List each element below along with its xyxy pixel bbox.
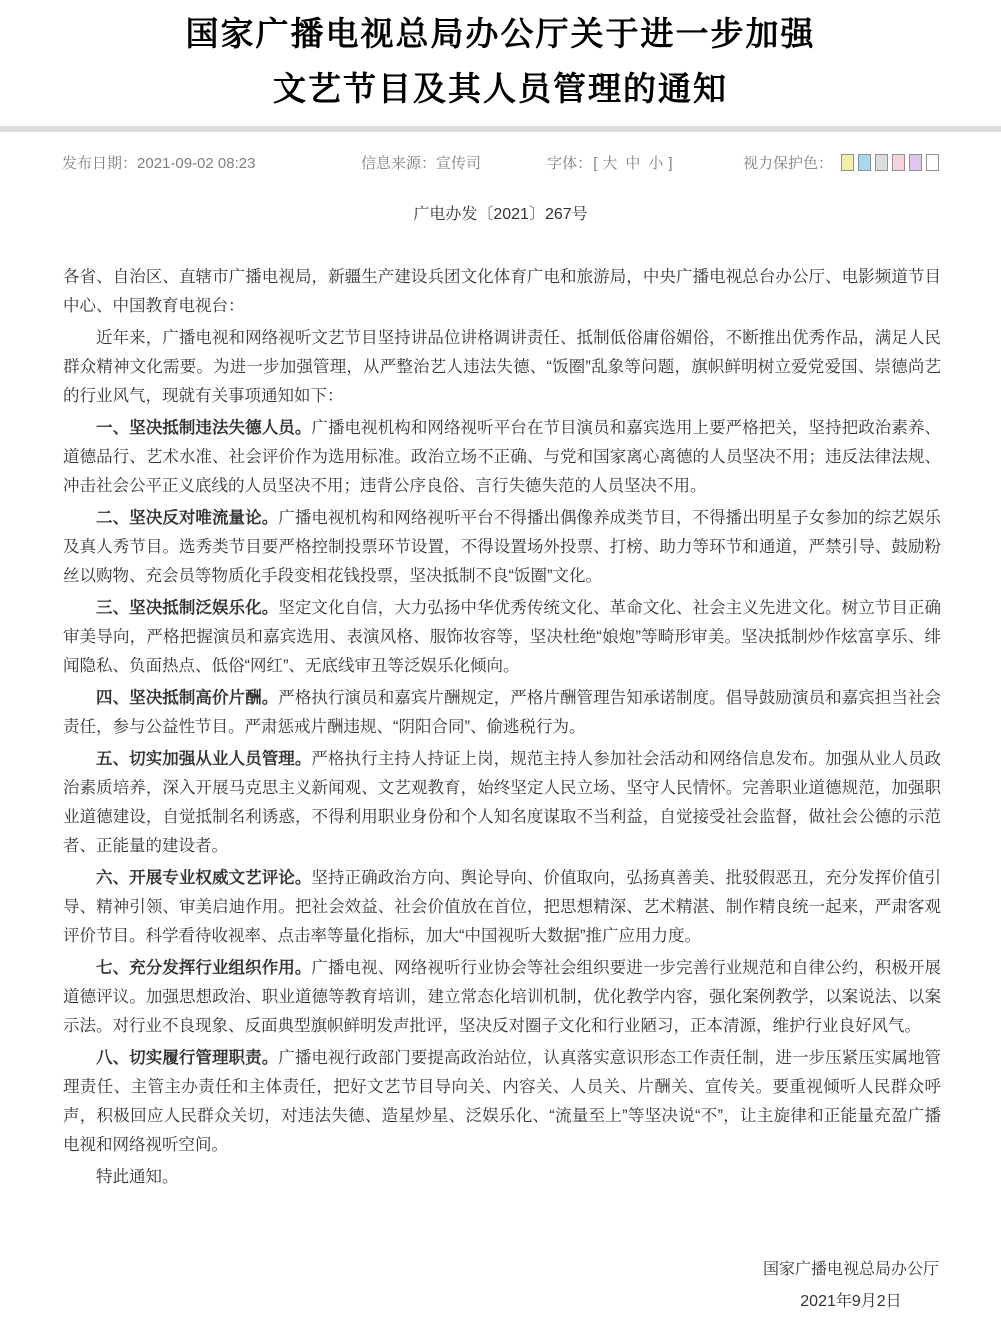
font-size-control: 字体：[大中小] xyxy=(547,152,743,173)
document-body: 各省、自治区、直辖市广播电视局，新疆生产建设兵团文化体育广电和旅游局，中央广播电… xyxy=(63,263,941,1192)
section-heading: 五、切实加强从业人员管理。 xyxy=(96,750,311,768)
publish-date: 发布日期：2021-09-02 08:23 xyxy=(62,152,361,173)
info-source-label: 信息来源： xyxy=(361,155,436,172)
paragraph-8: 六、开展专业权威文艺评论。坚持正确政治方向、舆论导向、价值取向，弘扬真善美、批驳… xyxy=(63,864,941,951)
paragraph-3: 一、坚决抵制违法失德人员。广播电视机构和网络视听平台在节目演员和嘉宾选用上要严格… xyxy=(63,414,941,501)
font-size-links: 大中小 xyxy=(598,155,667,172)
info-source: 信息来源：宣传司 xyxy=(361,152,547,173)
publish-date-label: 发布日期： xyxy=(62,155,137,172)
eye-protection-swatches xyxy=(837,154,939,171)
paragraph-1: 各省、自治区、直辖市广播电视局，新疆生产建设兵团文化体育广电和旅游局，中央广播电… xyxy=(63,263,941,321)
section-heading: 三、坚决抵制泛娱乐化。 xyxy=(96,599,278,617)
title-divider-bar xyxy=(0,126,1001,132)
font-bracket-close: ] xyxy=(668,155,672,172)
section-heading: 七、充分发挥行业组织作用。 xyxy=(96,959,311,977)
eye-protection-swatch-1[interactable] xyxy=(841,154,854,171)
section-heading: 六、开展专业权威文艺评论。 xyxy=(96,869,311,887)
publish-date-value: 2021-09-02 08:23 xyxy=(137,155,255,172)
paragraph-7: 五、切实加强从业人员管理。严格执行主持人持证上岗，规范主持人参加社会活动和网络信… xyxy=(63,745,941,861)
signature-date: 2021年9月2日 xyxy=(763,1286,939,1318)
font-size-label: 字体： xyxy=(547,155,592,172)
page-title-line2: 文艺节目及其人员管理的通知 xyxy=(0,61,1001,116)
document-number: 广电办发〔2021〕267号 xyxy=(0,205,1001,225)
section-heading: 二、坚决反对唯流量论。 xyxy=(96,509,278,527)
paragraph-6: 四、坚决抵制高价片酬。严格执行演员和嘉宾片酬规定，严格片酬管理告知承诺制度。倡导… xyxy=(63,684,941,742)
signature-issuer: 国家广播电视总局办公厅 xyxy=(763,1254,939,1286)
info-source-value: 宣传司 xyxy=(436,155,481,172)
eye-protection-swatch-5[interactable] xyxy=(909,154,922,171)
font-bracket-open: [ xyxy=(593,155,597,172)
paragraph-4: 二、坚决反对唯流量论。广播电视机构和网络视听平台不得播出偶像养成类节目，不得播出… xyxy=(63,504,941,591)
meta-row: 发布日期：2021-09-02 08:23 信息来源：宣传司 字体：[大中小] … xyxy=(62,152,939,173)
page-title-line1: 国家广播电视总局办公厅关于进一步加强 xyxy=(0,6,1001,61)
paragraph-11: 特此通知。 xyxy=(63,1163,941,1192)
eye-protection-swatch-4[interactable] xyxy=(892,154,905,171)
section-heading: 四、坚决抵制高价片酬。 xyxy=(96,689,278,707)
font-size-small[interactable]: 小 xyxy=(648,155,663,172)
eye-protection-control: 视力保护色： xyxy=(743,152,939,173)
eye-protection-swatch-2[interactable] xyxy=(858,154,871,171)
paragraph-5: 三、坚决抵制泛娱乐化。坚定文化自信，大力弘扬中华优秀传统文化、革命文化、社会主义… xyxy=(63,594,941,681)
paragraph-9: 七、充分发挥行业组织作用。广播电视、网络视听行业协会等社会组织要进一步完善行业规… xyxy=(63,954,941,1041)
section-heading: 八、切实履行管理职责。 xyxy=(96,1049,278,1067)
eye-protection-swatch-3[interactable] xyxy=(875,154,888,171)
notice-page: 国家广播电视总局办公厅关于进一步加强 文艺节目及其人员管理的通知 发布日期：20… xyxy=(0,0,1001,1327)
font-size-medium[interactable]: 中 xyxy=(625,155,640,172)
paragraph-2: 近年来，广播电视和网络视听文艺节目坚持讲品位讲格调讲责任、抵制低俗庸俗媚俗，不断… xyxy=(63,324,941,411)
paragraph-10: 八、切实履行管理职责。广播电视行政部门要提高政治站位，认真落实意识形态工作责任制… xyxy=(63,1044,941,1160)
font-size-large[interactable]: 大 xyxy=(602,155,617,172)
section-heading: 一、坚决抵制违法失德人员。 xyxy=(96,419,311,437)
signature-block: 国家广播电视总局办公厅 2021年9月2日 xyxy=(0,1254,939,1318)
page-title: 国家广播电视总局办公厅关于进一步加强 文艺节目及其人员管理的通知 xyxy=(0,0,1001,116)
eye-protection-swatch-6[interactable] xyxy=(926,154,939,171)
eye-protection-label: 视力保护色： xyxy=(743,152,833,173)
